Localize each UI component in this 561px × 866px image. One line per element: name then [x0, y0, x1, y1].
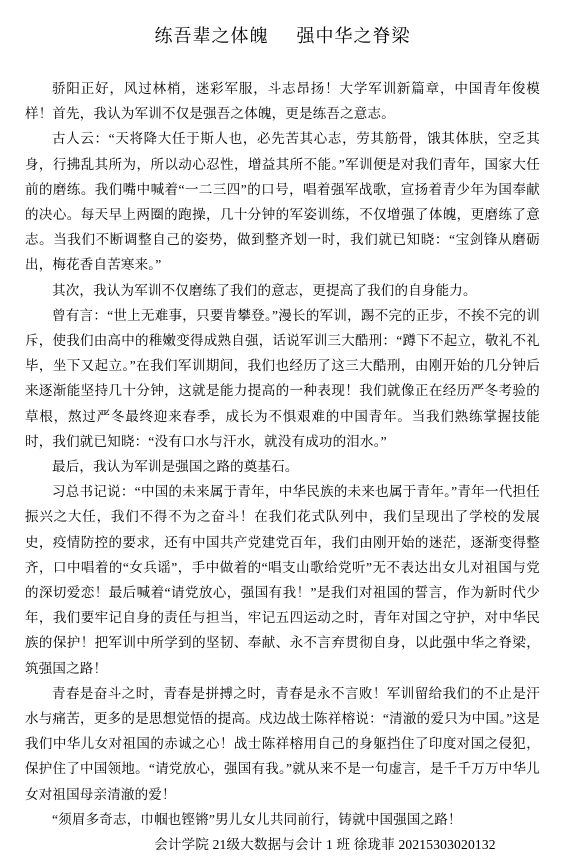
paragraph-closing: “须眉多奇志，巾帼也铿锵”男儿女儿共同前行，铸就中国强国之路！ [25, 807, 540, 832]
paragraph-ability-detail: 曾有言：“世上无难事，只要肯攀登。”漫长的军训，踢不完的正步，不挨不完的训斥，使… [25, 303, 540, 454]
paragraph-ability-thesis: 其次，我认为军训不仅磨练了我们的意志，更提高了我们的自身能力。 [25, 278, 540, 303]
author-byline: 会计学院 21级大数据与会计 1 班 徐珑菲 20215303020132 [110, 832, 540, 857]
paragraph-youth: 青春是奋斗之时，青春是拼搏之时，青春是永不言败！军训留给我们的不止是汗水与痛苦，… [25, 681, 540, 807]
title-part-2: 强中华之脊梁 [297, 26, 411, 46]
essay-body: 骄阳正好，风过林梢，迷彩军服，斗志昂扬！大学军训新篇章，中国青年俊模样！首先，我… [25, 76, 540, 857]
title-part-1: 练吾辈之体魄 [155, 26, 269, 46]
paragraph-intro: 骄阳正好，风过林梢，迷彩军服，斗志昂扬！大学军训新篇章，中国青年俊模样！首先，我… [25, 76, 540, 126]
paragraph-willpower: 古人云：“天将降大任于斯人也，必先苦其心志，劳其筋骨，饿其体肤，空乏其身，行拂乱… [25, 126, 540, 277]
paragraph-nation-detail: 习总书记说：“中国的未来属于青年，中华民族的未来也属于青年。”青年一代担任振兴之… [25, 479, 540, 681]
document-page: 练吾辈之体魄强中华之脊梁 骄阳正好，风过林梢，迷彩军服，斗志昂扬！大学军训新篇章… [0, 0, 561, 866]
page-title: 练吾辈之体魄强中华之脊梁 [25, 21, 540, 51]
paragraph-nation-thesis: 最后，我认为军训是强国之路的奠基石。 [25, 454, 540, 479]
